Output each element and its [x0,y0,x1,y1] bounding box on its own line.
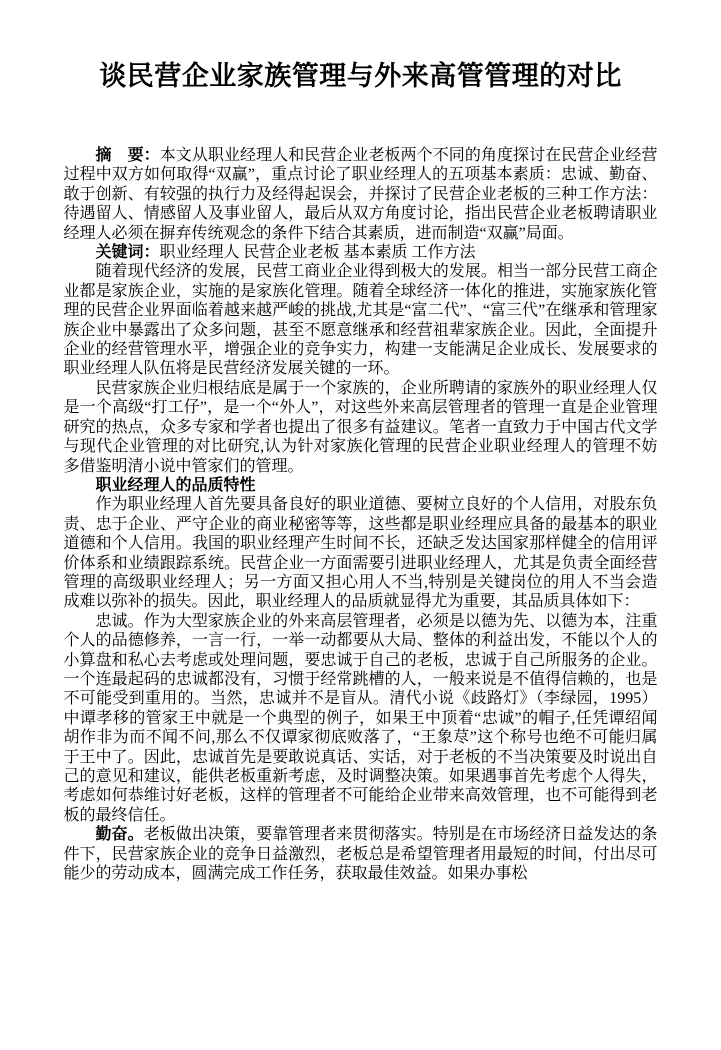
diligence-lead: 勤奋。 [96,826,144,843]
document-page: 谈民营企业家族管理与外来高管管理的对比 摘 要：本文从职业经理人和民营企业老板两… [0,0,721,1050]
section-heading-quality: 职业经理人的品质特性 [64,476,658,495]
paragraph-keywords: 关键词：职业经理人 民营企业老板 基本素质 工作方法 [64,243,658,262]
document-body: 摘 要：本文从职业经理人和民营企业老板两个不同的角度探讨在民营企业经营过程中双方… [64,146,658,883]
paragraph-quality: 作为职业经理人首先要具备良好的职业道德、要树立良好的个人信用，对股东负责、忠于企… [64,495,658,611]
paragraph-intro-2: 民营家族企业归根结底是属于一个家族的，企业所聘请的家族外的职业经理人仅是一个高级… [64,379,658,476]
paragraph-intro-1: 随着现代经济的发展，民营工商业企业得到极大的发展。相当一部分民营工商企业都是家族… [64,262,658,378]
paragraph-loyalty: 忠诚。作为大型家族企业的外来高层管理者，必须是以德为先、以德为本，注重个人的品德… [64,612,658,825]
keywords-label: 关键词： [96,244,160,261]
diligence-text: 老板做出决策，要靠管理者来贯彻落实。特别是在市场经济日益发达的条件下，民营家族企… [64,826,658,882]
paragraph-diligence: 勤奋。老板做出决策，要靠管理者来贯彻落实。特别是在市场经济日益发达的条件下，民营… [64,825,658,883]
keywords-text: 职业经理人 民营企业老板 基本素质 工作方法 [160,244,476,261]
abstract-label: 摘 要： [96,147,160,164]
document-title: 谈民营企业家族管理与外来高管管理的对比 [0,0,721,95]
paragraph-abstract: 摘 要：本文从职业经理人和民营企业老板两个不同的角度探讨在民营企业经营过程中双方… [64,146,658,243]
